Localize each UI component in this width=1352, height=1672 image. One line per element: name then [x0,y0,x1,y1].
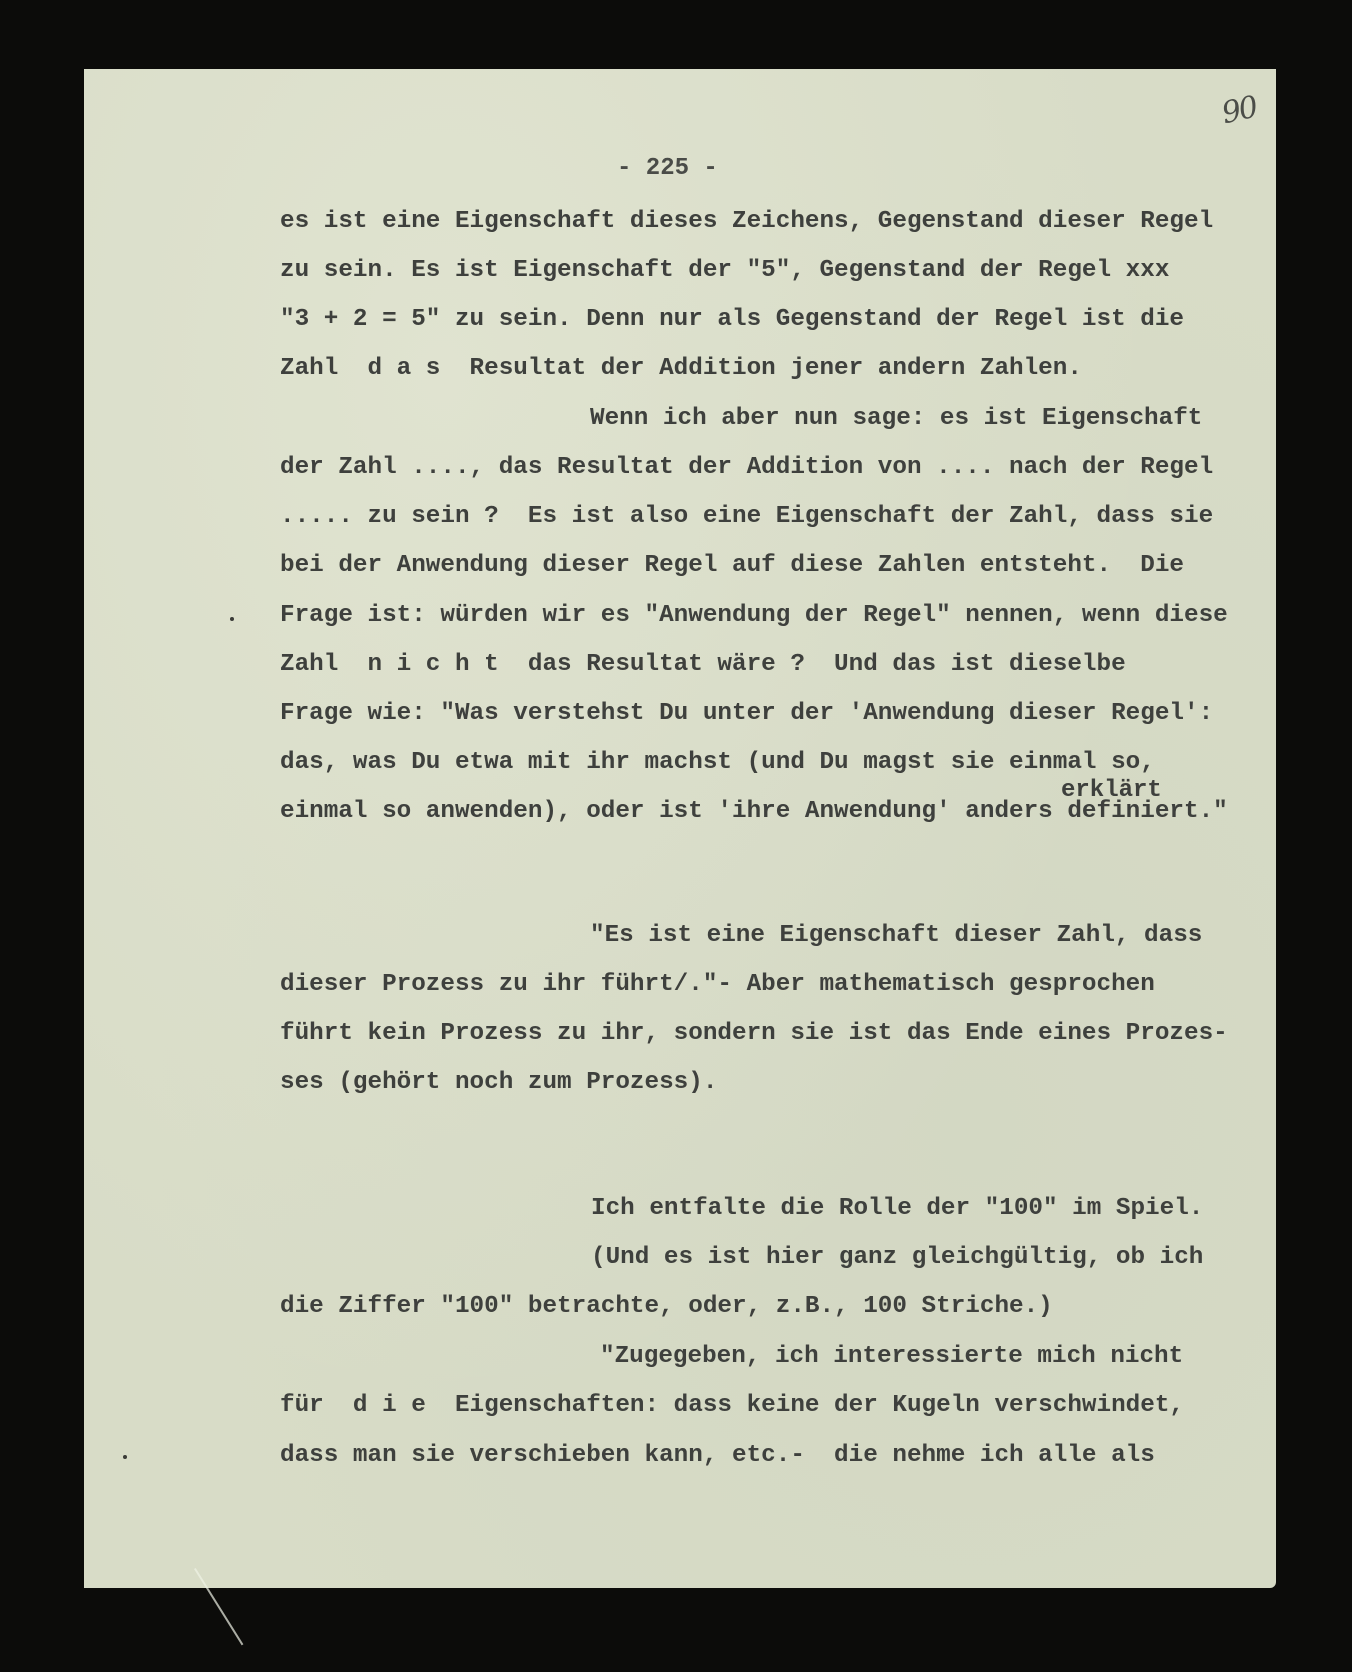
page-number: - 225 - [617,155,718,182]
text-line: einmal so anwenden), oder ist 'ihre Anwe… [280,800,1228,824]
scan-background: 90 - 225 - es ist eine Eigenschaft diese… [0,0,1352,1672]
text-line: führt kein Prozess zu ihr, sondern sie i… [280,1022,1228,1046]
text-line: für d i e Eigenschaften: dass keine der … [280,1394,1184,1418]
text-line: Zahl d a s Resultat der Addition jener a… [280,357,1082,381]
text-line: es ist eine Eigenschaft dieses Zeichens,… [280,210,1213,234]
text-line: ..... zu sein ? Es ist also eine Eigensc… [280,505,1213,529]
text-line: Wenn ich aber nun sage: es ist Eigenscha… [590,407,1202,431]
text-line: Ich entfalte die Rolle der "100" im Spie… [591,1197,1203,1221]
text-line: "Zugegeben, ich interessierte mich nicht [600,1345,1183,1369]
text-line: das, was Du etwa mit ihr machst (und Du … [280,751,1155,775]
text-line: "3 + 2 = 5" zu sein. Denn nur als Gegens… [280,308,1184,332]
text-line: die Ziffer "100" betrachte, oder, z.B., … [280,1295,1053,1319]
text-line: dass man sie verschieben kann, etc.- die… [280,1444,1155,1468]
text-line: Frage ist: würden wir es "Anwendung der … [280,604,1228,628]
folio-number-handwritten: 90 [1219,90,1260,131]
typewritten-page: 90 - 225 - es ist eine Eigenschaft diese… [84,69,1276,1588]
text-line: (Und es ist hier ganz gleichgültig, ob i… [591,1246,1203,1270]
text-line: zu sein. Es ist Eigenschaft der "5", Geg… [280,259,1169,283]
text-line: ses (gehört noch zum Prozess). [280,1071,717,1095]
text-line: Frage wie: "Was verstehst Du unter der '… [280,702,1213,726]
paper-crease [194,1568,243,1645]
text-line: Zahl n i c h t das Resultat wäre ? Und d… [280,653,1126,677]
margin-speck [123,1455,127,1459]
text-line: "Es ist eine Eigenschaft dieser Zahl, da… [590,924,1202,948]
margin-speck [230,617,234,621]
text-line: der Zahl ...., das Resultat der Addition… [280,456,1213,480]
text-line: dieser Prozess zu ihr führt/."- Aber mat… [280,973,1155,997]
text-line: bei der Anwendung dieser Regel auf diese… [280,554,1184,578]
